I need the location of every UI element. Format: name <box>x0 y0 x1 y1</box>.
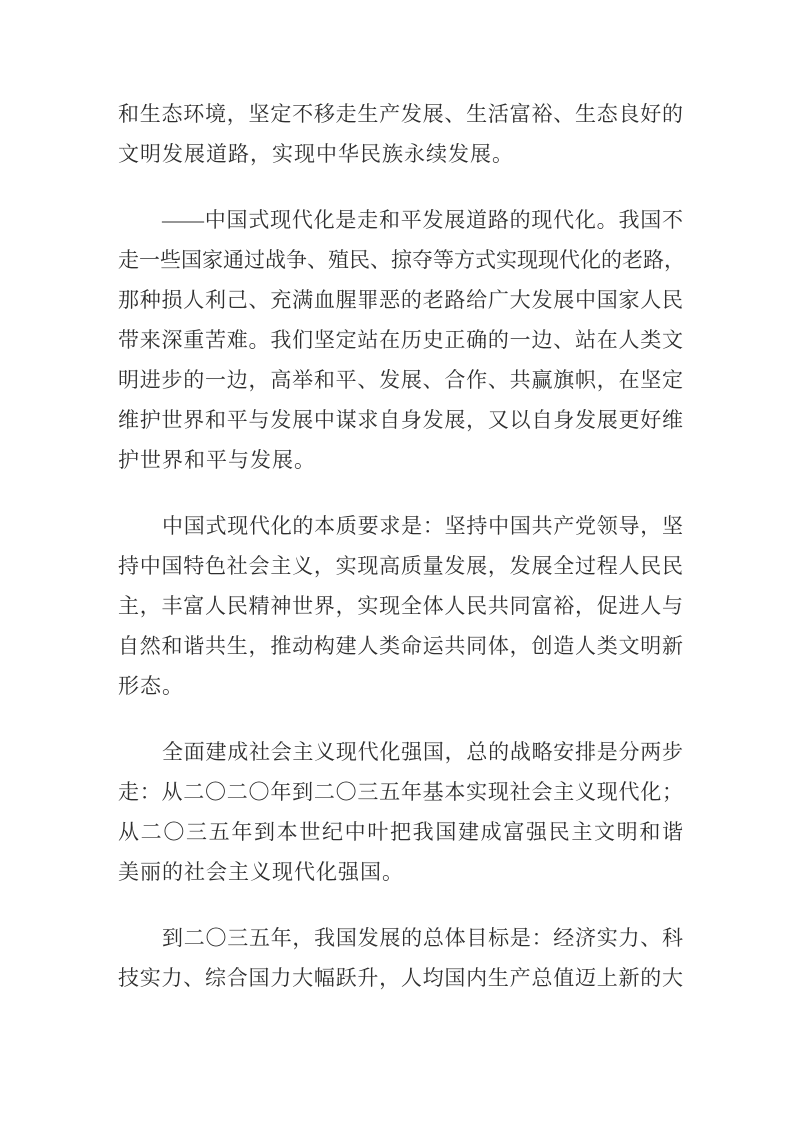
paragraph: 全面建成社会主义现代化强国，总的战略安排是分两步走：从二〇二〇年到二〇三五年基本… <box>118 732 683 892</box>
text-line: ——中国式现代化是走和平发展道路的现代化。我国不 <box>118 200 683 240</box>
text-line: 美丽的社会主义现代化强国。 <box>118 852 683 892</box>
text-line: 走：从二〇二〇年到二〇三五年基本实现社会主义现代化； <box>118 772 683 812</box>
text-line: 形态。 <box>118 666 683 706</box>
paragraph: 中国式现代化的本质要求是：坚持中国共产党领导，坚持中国特色社会主义，实现高质量发… <box>118 506 683 706</box>
text-line: 和生态环境，坚定不移走生产发展、生活富裕、生态良好的 <box>118 94 683 134</box>
paragraph: 到二〇三五年，我国发展的总体目标是：经济实力、科技实力、综合国力大幅跃升，人均国… <box>118 918 683 998</box>
text-line: 走一些国家通过战争、殖民、掠夺等方式实现现代化的老路， <box>118 240 683 280</box>
text-line: 护世界和平与发展。 <box>118 440 683 480</box>
paragraph: ——中国式现代化是走和平发展道路的现代化。我国不走一些国家通过战争、殖民、掠夺等… <box>118 200 683 480</box>
paragraph: 和生态环境，坚定不移走生产发展、生活富裕、生态良好的文明发展道路，实现中华民族永… <box>118 94 683 174</box>
text-line: 自然和谐共生，推动构建人类命运共同体，创造人类文明新 <box>118 626 683 666</box>
document-body: 和生态环境，坚定不移走生产发展、生活富裕、生态良好的文明发展道路，实现中华民族永… <box>118 94 683 998</box>
text-line: 带来深重苦难。我们坚定站在历史正确的一边、站在人类文 <box>118 320 683 360</box>
text-line: 中国式现代化的本质要求是：坚持中国共产党领导，坚 <box>118 506 683 546</box>
text-line: 那种损人利己、充满血腥罪恶的老路给广大发展中国家人民 <box>118 280 683 320</box>
text-line: 技实力、综合国力大幅跃升，人均国内生产总值迈上新的大 <box>118 958 683 998</box>
text-line: 明进步的一边，高举和平、发展、合作、共赢旗帜，在坚定 <box>118 360 683 400</box>
document-page: 和生态环境，坚定不移走生产发展、生活富裕、生态良好的文明发展道路，实现中华民族永… <box>0 0 800 1131</box>
text-line: 从二〇三五年到本世纪中叶把我国建成富强民主文明和谐 <box>118 812 683 852</box>
text-line: 维护世界和平与发展中谋求自身发展，又以自身发展更好维 <box>118 400 683 440</box>
text-line: 全面建成社会主义现代化强国，总的战略安排是分两步 <box>118 732 683 772</box>
text-line: 文明发展道路，实现中华民族永续发展。 <box>118 134 683 174</box>
text-line: 主，丰富人民精神世界，实现全体人民共同富裕，促进人与 <box>118 586 683 626</box>
text-line: 到二〇三五年，我国发展的总体目标是：经济实力、科 <box>118 918 683 958</box>
text-line: 持中国特色社会主义，实现高质量发展，发展全过程人民民 <box>118 546 683 586</box>
